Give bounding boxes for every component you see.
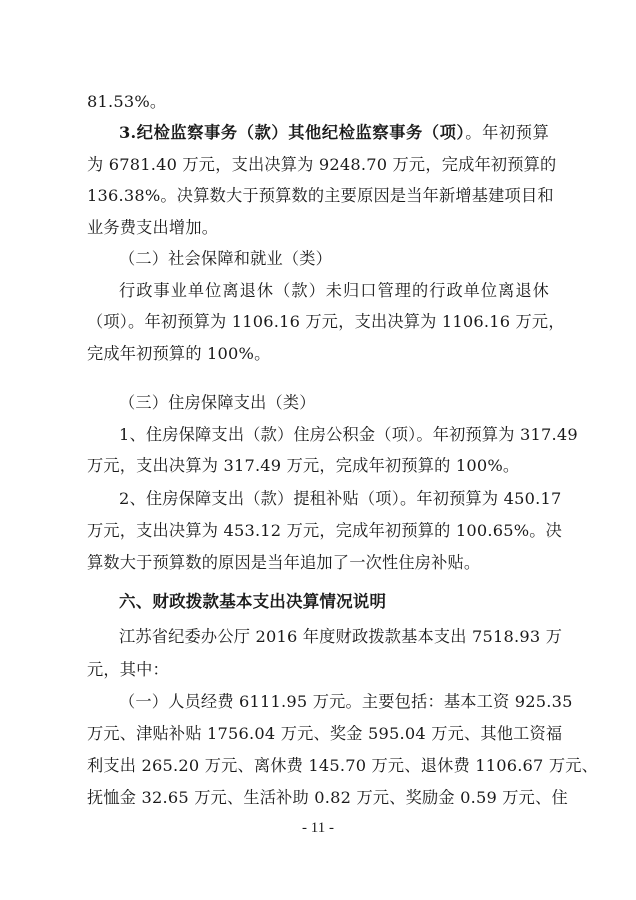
page-number: - 11 -	[0, 820, 636, 837]
paragraph-line: 江苏省纪委办公厅 2016 年度财政拨款基本支出 7518.93 万	[119, 627, 549, 647]
paragraph-line: （一）人员经费 6111.95 万元。主要包括：基本工资 925.35	[119, 692, 549, 712]
paragraph-line: 抚恤金 32.65 万元、生活补助 0.82 万元、奖励金 0.59 万元、住	[87, 788, 549, 808]
paragraph-line: 1、住房保障支出（款）住房公积金（项）。年初预算为 317.49	[119, 425, 549, 445]
paragraph-line: 为 6781.40 万元，支出决算为 9248.70 万元，完成年初预算的	[87, 155, 549, 175]
paragraph-line: 利支出 265.20 万元、离休费 145.70 万元、退休费 1106.67 …	[87, 756, 549, 776]
paragraph-line: 81.53%。	[87, 92, 549, 112]
paragraph-line: 万元，支出决算为 453.12 万元，完成年初预算的 100.65%。决	[87, 521, 549, 541]
document-page: 81.53%。 3.纪检监察事务（款）其他纪检监察事务（项）。年初预算 为 67…	[0, 0, 636, 900]
paragraph-line: （项）。年初预算为 1106.16 万元，支出决算为 1106.16 万元，	[87, 312, 549, 332]
paragraph-line: 136.38%。决算数大于预算数的主要原因是当年新增基建项目和	[87, 186, 549, 206]
paragraph-line: 行政事业单位离退休（款）未归口管理的行政单位离退休	[119, 281, 549, 301]
paragraph-line: 元，其中：	[87, 660, 549, 680]
paragraph-line: 万元，支出决算为 317.49 万元，完成年初预算的 100%。	[87, 456, 549, 476]
paragraph-line: 完成年初预算的 100%。	[87, 344, 549, 364]
section-subheading: （二）社会保障和就业（类）	[119, 249, 549, 269]
paragraph-line: 2、住房保障支出（款）提租补贴（项）。年初预算为 450.17	[119, 489, 549, 509]
paragraph-line: 业务费支出增加。	[87, 218, 549, 238]
paragraph-line: 算数大于预算数的原因是当年追加了一次性住房补贴。	[87, 553, 549, 573]
section-heading: 六、财政拨款基本支出决算情况说明	[119, 592, 549, 612]
paragraph-line: 万元、津贴补贴 1756.04 万元、奖金 595.04 万元、其他工资福	[87, 724, 549, 744]
paragraph-line: 3.纪检监察事务（款）其他纪检监察事务（项）。年初预算	[119, 123, 549, 143]
section-subheading: （三）住房保障支出（类）	[119, 393, 549, 413]
item-title: 3.纪检监察事务（款）其他纪检监察事务（项）	[119, 123, 465, 142]
line-text: 。年初预算	[465, 123, 549, 142]
